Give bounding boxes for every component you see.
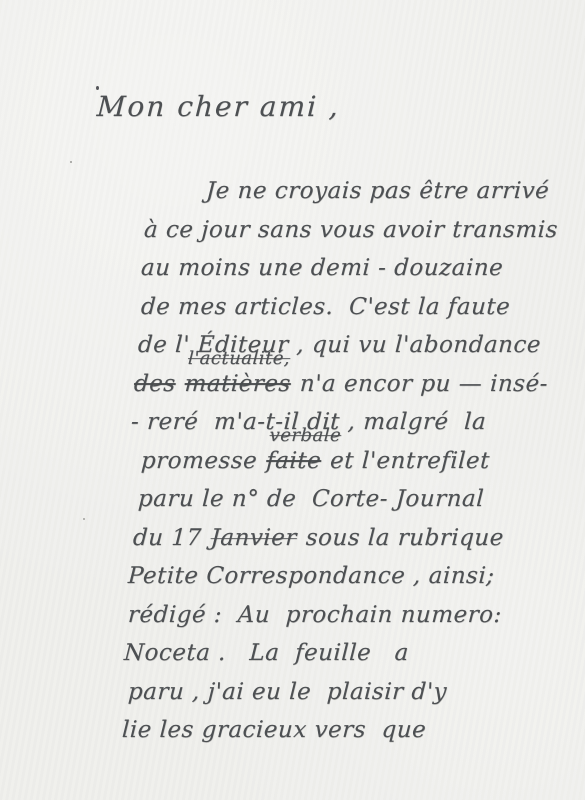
line-text: sous la rubrique — [305, 525, 504, 551]
paper-speck — [70, 161, 72, 163]
line-text: au moins une demi - douzaine — [140, 255, 504, 281]
struck-word: matières — [184, 371, 292, 397]
line-text: du 17 — [132, 525, 202, 551]
letter-line: Je ne croyais pas être arrivé — [205, 172, 585, 211]
letter-page: Mon cher ami , Je ne croyais pas être ar… — [0, 0, 585, 800]
line-text: promesse — [140, 448, 258, 474]
letter-line: du 17Janviersous la rubrique — [132, 519, 585, 558]
correction: verbalefaite — [265, 442, 322, 481]
paper-speck — [83, 518, 85, 520]
letter-line: de mes articles. C'est la faute — [140, 288, 585, 327]
letter-line-correction: desl'actualité,matièresn'a encor pu — in… — [133, 365, 585, 404]
struck-word: faite — [266, 448, 322, 474]
line-text: et l'entrefilet — [329, 448, 490, 474]
line-text: rédigé : Au prochain numero: — [127, 602, 502, 628]
line-text: Noceta . La feuille a — [123, 640, 409, 666]
letter-line-correction: promesseverbalefaiteet l'entrefilet — [140, 442, 585, 481]
paper-speck — [96, 86, 99, 90]
salutation: Mon cher ami , — [96, 90, 341, 123]
flourish-struck-word: Janvier — [210, 525, 298, 551]
line-text: paru , j'ai eu le plaisir d'y — [127, 679, 447, 705]
letter-line: Noceta . La feuille a — [123, 634, 585, 673]
inserted-word: l'actualité, — [188, 350, 291, 368]
line-text: à ce jour sans vous avoir transmis — [143, 217, 558, 243]
line-text: lie les gracieux vers que — [121, 717, 427, 743]
letter-line: Petite Correspondance , ainsi; — [127, 557, 585, 596]
letter-line: paru le n° de Corte- Journal — [137, 480, 585, 519]
inserted-word: verbale — [269, 427, 342, 445]
letter-line: à ce jour sans vous avoir transmis — [143, 211, 585, 250]
letter-line: lie les gracieux vers que — [121, 711, 585, 750]
line-text: Je ne croyais pas être arrivé — [205, 178, 550, 204]
line-text: Petite Correspondance , ainsi; — [127, 563, 495, 589]
line-text: de mes articles. C'est la faute — [140, 294, 511, 320]
letter-line: au moins une demi - douzaine — [140, 249, 585, 288]
letter-line: - reré m'a-t-il dit , malgré la — [130, 403, 585, 442]
line-text: n'a encor pu — insé- — [299, 371, 549, 397]
struck-word: des — [133, 371, 176, 397]
letter-line: rédigé : Au prochain numero: — [127, 596, 585, 635]
letter-line: paru , j'ai eu le plaisir d'y — [127, 673, 585, 712]
correction: l'actualité,matières — [184, 365, 292, 404]
line-text: paru le n° de Corte- Journal — [137, 486, 484, 512]
letter-body: Je ne croyais pas être arrivé à ce jour … — [0, 172, 585, 750]
